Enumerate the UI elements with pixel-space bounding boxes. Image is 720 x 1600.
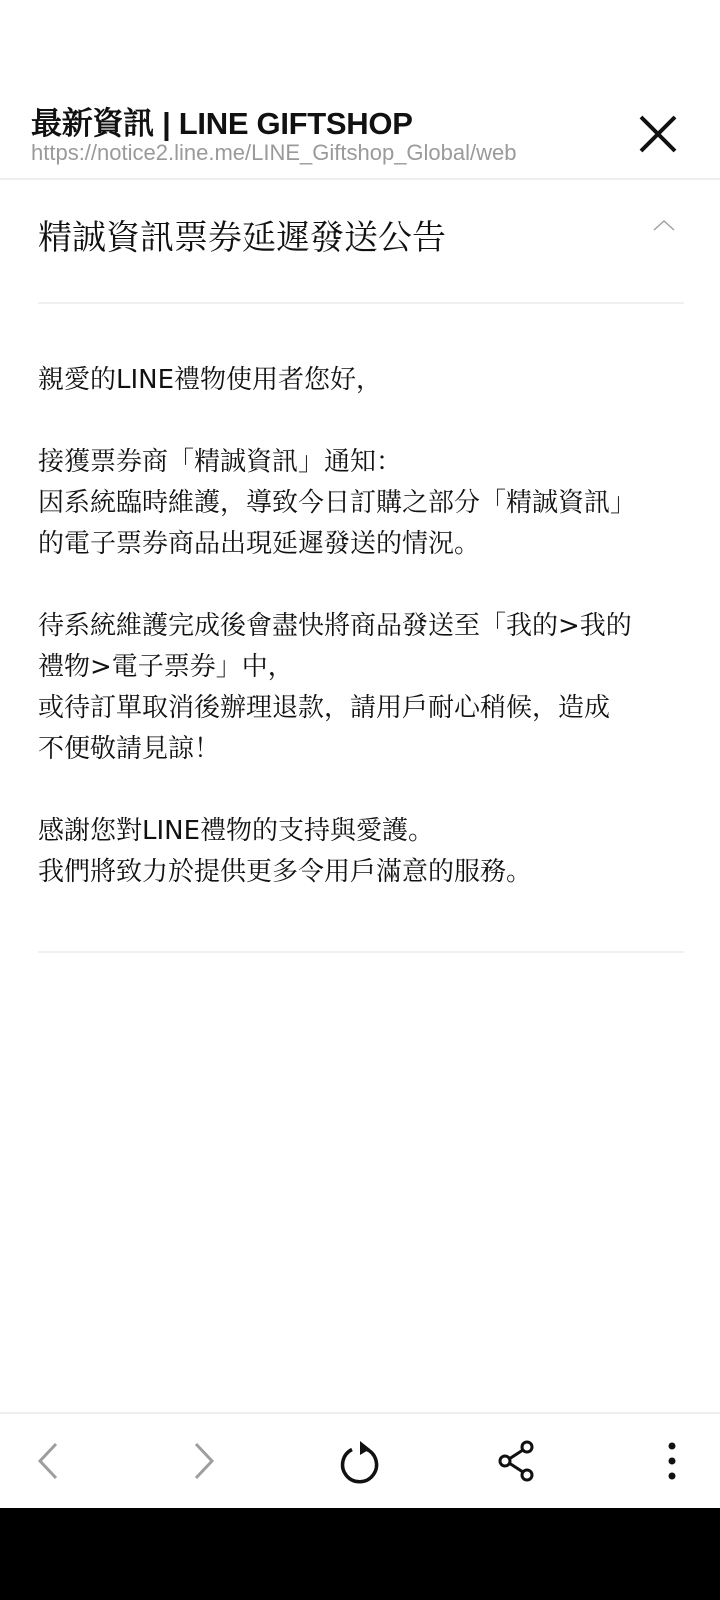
notice-body: 親愛的LINE禮物使用者您好， 接獲票券商「精誠資訊」通知： 因系統臨時維護，導… (38, 360, 684, 893)
body-line: 或待訂單取消後辦理退款，請用戶耐心稍候，造成 (38, 688, 684, 729)
closing-line: 我們將致力於提供更多令用戶滿意的服務。 (38, 852, 684, 893)
reload-icon (338, 1437, 382, 1485)
body-line: 禮物>電子票券」中， (38, 647, 684, 688)
more-button[interactable] (632, 1414, 712, 1508)
more-vertical-icon (666, 1441, 678, 1481)
close-button[interactable] (630, 106, 686, 162)
notice-header[interactable]: 精誠資訊票券延遲發送公告 (38, 180, 684, 304)
close-icon (638, 114, 678, 154)
notice-title: 精誠資訊票券延遲發送公告 (38, 210, 446, 259)
forward-button[interactable] (164, 1414, 244, 1508)
share-icon (496, 1439, 536, 1483)
webview-header: 最新資訊 | LINE GIFTSHOP https://notice2.lin… (0, 88, 720, 180)
browser-toolbar (0, 1412, 720, 1508)
page-title: 最新資訊 | LINE GIFTSHOP (31, 98, 413, 143)
body-line: 因系統臨時維護，導致今日訂購之部分「精誠資訊」 (38, 483, 684, 524)
collapse-button[interactable] (644, 210, 684, 240)
chevron-up-icon (652, 218, 676, 232)
closing-line: 感謝您對LINE禮物的支持與愛護。 (38, 811, 684, 852)
body-line: 的電子票券商品出現延遲發送的情況。 (38, 524, 684, 565)
chevron-left-icon (36, 1441, 60, 1481)
status-bar-area (0, 0, 720, 88)
share-button[interactable] (476, 1414, 556, 1508)
chevron-right-icon (192, 1441, 216, 1481)
body-line: 不便敬請見諒！ (38, 729, 684, 770)
divider (38, 951, 684, 953)
body-line: 接獲票券商「精誠資訊」通知： (38, 442, 684, 483)
greeting-line: 親愛的LINE禮物使用者您好， (38, 360, 684, 401)
system-navigation-bar (0, 1508, 720, 1600)
reload-button[interactable] (320, 1414, 400, 1508)
back-button[interactable] (8, 1414, 88, 1508)
body-line: 待系統維護完成後會盡快將商品發送至「我的>我的 (38, 606, 684, 647)
page-url: https://notice2.line.me/LINE_Giftshop_Gl… (31, 140, 517, 166)
